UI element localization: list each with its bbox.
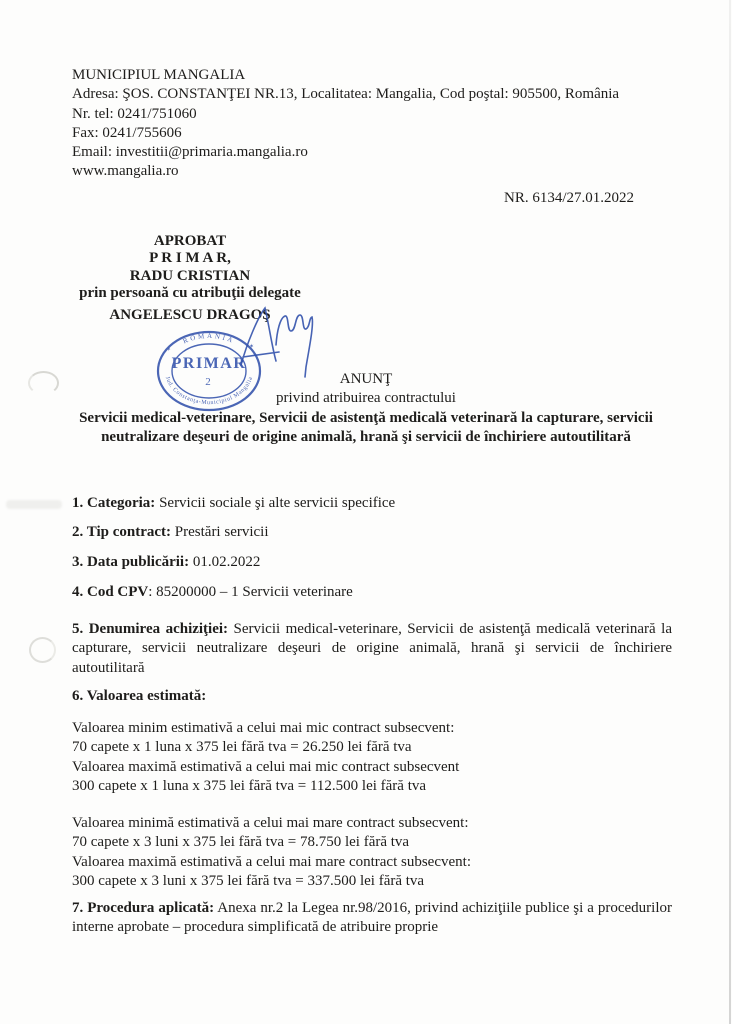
approval-role: P R I M A R, xyxy=(40,250,340,267)
estimate-line: Valoarea maximă estimativă a celui mai m… xyxy=(72,853,672,872)
item-cpv-code-label: 4. Cod CPV xyxy=(72,584,148,600)
scanned-document-page: MUNICIPIUL MANGALIA Adresa: ŞOS. CONSTAN… xyxy=(0,0,732,1024)
scan-smudge xyxy=(6,500,62,509)
estimate-line: 300 capete x 1 luna x 375 lei fără tva =… xyxy=(72,777,672,796)
estimate-line: Valoarea minimă estimativă a celui mai m… xyxy=(72,814,672,833)
item-contract-type-label: 2. Tip contract: xyxy=(72,524,171,540)
announcement-title-block: ANUNŢ privind atribuirea contractului Se… xyxy=(56,370,676,447)
contract-subject: Servicii medical-veterinare, Servicii de… xyxy=(56,409,676,448)
approval-approved-label: APROBAT xyxy=(40,233,340,250)
website-line: www.mangalia.ro xyxy=(72,162,682,181)
registration-number: NR. 6134/27.01.2022 xyxy=(504,189,634,208)
item-publish-date-label: 3. Data publicării: xyxy=(72,554,189,570)
estimate-line: 300 capete x 3 luni x 375 lei fără tva =… xyxy=(72,872,672,891)
stamp-star-left: ✶ xyxy=(166,346,171,353)
stamp-star-right: ✶ xyxy=(249,343,254,350)
letterhead: MUNICIPIUL MANGALIA Adresa: ŞOS. CONSTAN… xyxy=(72,66,682,182)
item-cpv-code-value: : 85200000 – 1 Servicii veterinare xyxy=(148,584,353,600)
estimate-line: 70 capete x 1 luna x 375 lei fără tva = … xyxy=(72,738,672,757)
estimates-large-contract: Valoarea minimă estimativă a celui mai m… xyxy=(72,814,672,891)
address-line: Adresa: ŞOS. CONSTANŢEI NR.13, Localitat… xyxy=(72,85,682,104)
item-category: 1. Categoria: Servicii sociale şi alte s… xyxy=(72,494,672,513)
item-acquisition-name: 5. Denumirea achiziţiei: Servicii medica… xyxy=(72,620,672,678)
item-publish-date-value: 01.02.2022 xyxy=(189,554,260,570)
item-estimated-value-heading: 6. Valoarea estimată: xyxy=(72,687,672,706)
fax-line: Fax: 0241/755606 xyxy=(72,124,682,143)
announcement-heading: ANUNŢ xyxy=(56,370,676,389)
item-contract-type: 2. Tip contract: Prestări servicii xyxy=(72,523,672,542)
item-publish-date: 3. Data publicării: 01.02.2022 xyxy=(72,553,672,572)
approval-mayor-name: RADU CRISTIAN xyxy=(40,268,340,285)
estimate-line: Valoarea maximă estimativă a celui mai m… xyxy=(72,758,672,777)
organization-name: MUNICIPIUL MANGALIA xyxy=(72,66,682,85)
item-category-label: 1. Categoria: xyxy=(72,495,155,511)
email-line: Email: investitii@primaria.mangalia.ro xyxy=(72,143,682,162)
item-acquisition-name-label: 5. Denumirea achiziţiei: xyxy=(72,621,228,637)
item-category-value: Servicii sociale şi alte servicii specif… xyxy=(155,495,395,511)
item-procedure: 7. Procedura aplicată: Anexa nr.2 la Leg… xyxy=(72,899,672,938)
announcement-subheading: privind atribuirea contractului xyxy=(56,389,676,408)
estimate-line: Valoarea minim estimativă a celui mai mi… xyxy=(72,719,672,738)
estimates-small-contract: Valoarea minim estimativă a celui mai mi… xyxy=(72,719,672,796)
item-cpv-code: 4. Cod CPV: 85200000 – 1 Servicii veteri… xyxy=(72,583,672,602)
item-procedure-label: 7. Procedura aplicată: xyxy=(72,900,214,916)
item-contract-type-value: Prestări servicii xyxy=(171,524,268,540)
punch-hole-shadow-top xyxy=(28,371,59,395)
estimate-line: 70 capete x 3 luni x 375 lei fără tva = … xyxy=(72,833,672,852)
punch-hole-shadow-bottom xyxy=(29,637,56,663)
signature-ink xyxy=(241,308,312,377)
scan-edge-shadow xyxy=(729,0,731,1024)
phone-line: Nr. tel: 0241/751060 xyxy=(72,105,682,124)
item-estimated-value-label: 6. Valoarea estimată: xyxy=(72,688,206,704)
approval-delegation-note: prin persoană cu atribuţii delegate xyxy=(40,285,340,302)
